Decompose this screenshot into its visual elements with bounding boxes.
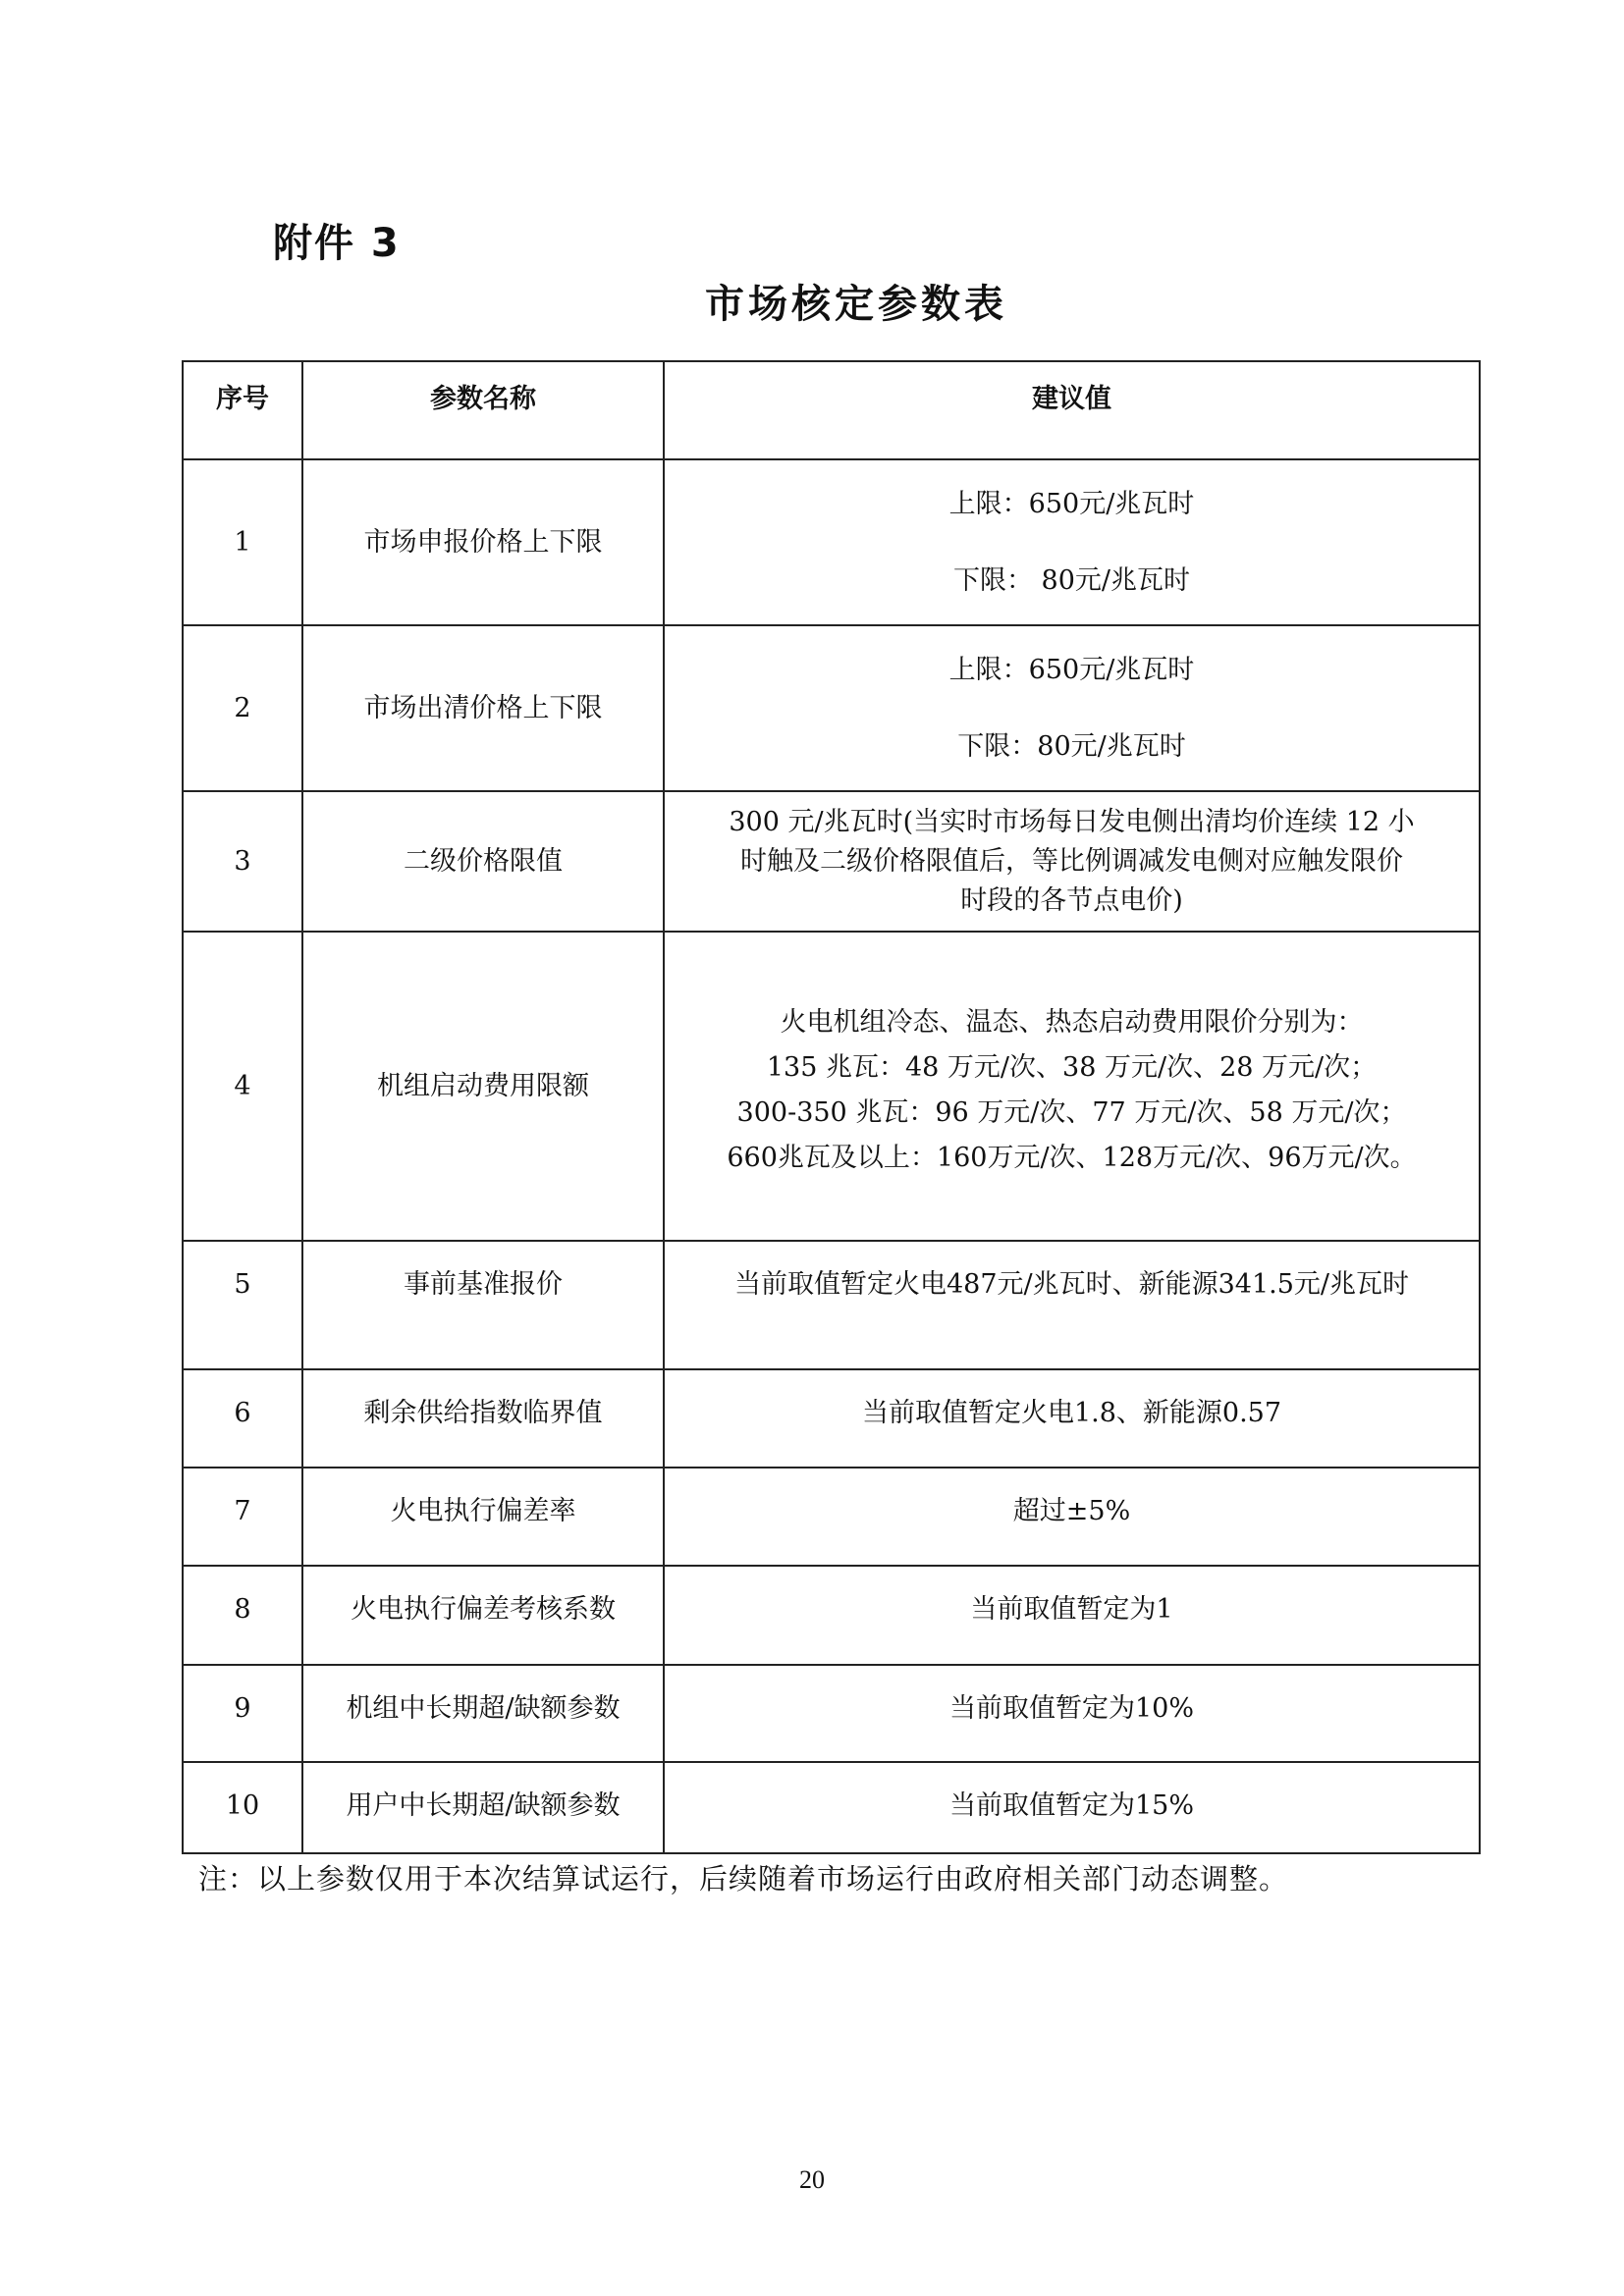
table-row: 10 用户中长期超/缺额参数 当前取值暂定为15%	[183, 1762, 1480, 1853]
row-name: 火电执行偏差考核系数	[302, 1566, 664, 1665]
row-index: 10	[183, 1762, 302, 1853]
table-row: 6 剩余供给指数临界值 当前取值暂定火电1.8、新能源0.57	[183, 1369, 1480, 1468]
value-line: 时段的各节点电价)	[671, 881, 1473, 921]
table-row: 3 二级价格限值 300 元/兆瓦时(当实时市场每日发电侧出清均价连续 12 小…	[183, 791, 1480, 932]
row-index: 5	[183, 1241, 302, 1369]
row-name: 二级价格限值	[302, 791, 664, 932]
footnote: 注：以上参数仅用于本次结算试运行，后续随着市场运行由政府相关部门动态调整。	[198, 1859, 1288, 1898]
row-name: 事前基准报价	[302, 1241, 664, 1369]
page-title: 市场核定参数表	[0, 279, 1624, 330]
row-index: 7	[183, 1468, 302, 1566]
value-line: 时触及二级价格限值后，等比例调减发电侧对应触发限价	[671, 842, 1473, 881]
row-value: 上限：650元/兆瓦时 下限： 80元/兆瓦时	[664, 459, 1480, 625]
table-row: 5 事前基准报价 当前取值暂定火电487元/兆瓦时、新能源341.5元/兆瓦时	[183, 1241, 1480, 1369]
table-header-row: 序号 参数名称 建议值	[183, 361, 1480, 459]
row-value: 火电机组冷态、温态、热态启动费用限价分别为： 135 兆瓦：48 万元/次、38…	[664, 932, 1480, 1241]
row-name: 机组启动费用限额	[302, 932, 664, 1241]
value-line: 下限： 80元/兆瓦时	[671, 561, 1473, 601]
row-index: 2	[183, 625, 302, 791]
header-index: 序号	[183, 361, 302, 459]
row-value: 当前取值暂定火电1.8、新能源0.57	[664, 1369, 1480, 1468]
row-value: 300 元/兆瓦时(当实时市场每日发电侧出清均价连续 12 小 时触及二级价格限…	[664, 791, 1480, 932]
table-row: 1 市场申报价格上下限 上限：650元/兆瓦时 下限： 80元/兆瓦时	[183, 459, 1480, 625]
table-row: 8 火电执行偏差考核系数 当前取值暂定为1	[183, 1566, 1480, 1665]
value-line: 135 兆瓦：48 万元/次、38 万元/次、28 万元/次；	[671, 1047, 1473, 1089]
row-index: 1	[183, 459, 302, 625]
value-line: 当前取值暂定为15%	[671, 1787, 1473, 1826]
row-value: 上限：650元/兆瓦时 下限：80元/兆瓦时	[664, 625, 1480, 791]
row-value: 当前取值暂定为15%	[664, 1762, 1480, 1853]
row-value: 超过±5%	[664, 1468, 1480, 1566]
value-line: 300-350 兆瓦：96 万元/次、77 万元/次、58 万元/次；	[671, 1093, 1473, 1134]
value-line: 上限：650元/兆瓦时	[671, 651, 1473, 690]
value-line: 300 元/兆瓦时(当实时市场每日发电侧出清均价连续 12 小	[671, 803, 1473, 842]
row-name: 机组中长期超/缺额参数	[302, 1665, 664, 1762]
row-name: 市场出清价格上下限	[302, 625, 664, 791]
row-value: 当前取值暂定火电487元/兆瓦时、新能源341.5元/兆瓦时	[664, 1241, 1480, 1369]
header-name: 参数名称	[302, 361, 664, 459]
row-name: 剩余供给指数临界值	[302, 1369, 664, 1468]
row-index: 3	[183, 791, 302, 932]
value-line: 上限：650元/兆瓦时	[671, 485, 1473, 524]
table-row: 7 火电执行偏差率 超过±5%	[183, 1468, 1480, 1566]
attachment-label: 附件 3	[273, 220, 401, 267]
value-line: 当前取值暂定火电1.8、新能源0.57	[671, 1394, 1473, 1433]
parameters-table: 序号 参数名称 建议值 1 市场申报价格上下限 上限：650元/兆瓦时 下限： …	[182, 360, 1481, 1854]
value-line: 当前取值暂定为1	[671, 1590, 1473, 1629]
row-value: 当前取值暂定为10%	[664, 1665, 1480, 1762]
table-row: 9 机组中长期超/缺额参数 当前取值暂定为10%	[183, 1665, 1480, 1762]
row-index: 4	[183, 932, 302, 1241]
row-value: 当前取值暂定为1	[664, 1566, 1480, 1665]
header-value: 建议值	[664, 361, 1480, 459]
row-name: 市场申报价格上下限	[302, 459, 664, 625]
value-line: 超过±5%	[671, 1492, 1473, 1531]
value-line: 当前取值暂定火电487元/兆瓦时、新能源341.5元/兆瓦时	[671, 1265, 1473, 1305]
row-index: 9	[183, 1665, 302, 1762]
row-name: 火电执行偏差率	[302, 1468, 664, 1566]
row-name: 用户中长期超/缺额参数	[302, 1762, 664, 1853]
row-index: 8	[183, 1566, 302, 1665]
value-line: 下限：80元/兆瓦时	[671, 727, 1473, 767]
page-number: 20	[0, 2165, 1624, 2195]
row-index: 6	[183, 1369, 302, 1468]
value-line: 660兆瓦及以上：160万元/次、128万元/次、96万元/次。	[671, 1138, 1473, 1179]
value-line: 当前取值暂定为10%	[671, 1689, 1473, 1729]
value-line: 火电机组冷态、温态、热态启动费用限价分别为：	[671, 1002, 1473, 1043]
table-row: 2 市场出清价格上下限 上限：650元/兆瓦时 下限：80元/兆瓦时	[183, 625, 1480, 791]
table-row: 4 机组启动费用限额 火电机组冷态、温态、热态启动费用限价分别为： 135 兆瓦…	[183, 932, 1480, 1241]
